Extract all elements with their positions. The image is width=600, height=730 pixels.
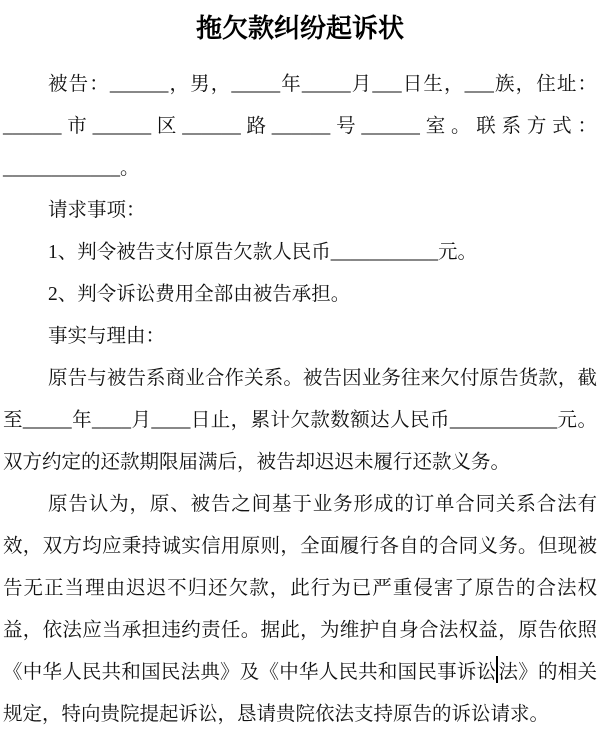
claim-item-1[interactable]: 1、判令被告支付原告欠款人民币___________元。 (3, 232, 597, 274)
argument-paragraph[interactable]: 原告认为，原、被告之间基于业务形成的订单合同关系合法有效，双方均应秉持诚实信用原… (3, 484, 597, 730)
facts-heading[interactable]: 事实与理由： (3, 316, 597, 358)
claims-heading[interactable]: 请求事项： (3, 190, 597, 232)
defendant-info-paragraph[interactable]: 被告：______，男，_____年_____月___日生，___族，住址：__… (3, 64, 597, 190)
argument-text-before-caret[interactable]: 原告认为，原、被告之间基于业务形成的订单合同关系合法有效，双方均应秉持诚实信用原… (3, 494, 597, 683)
document-page[interactable]: 拖欠款纠纷起诉状 被告：______，男，_____年_____月___日生，_… (0, 0, 600, 730)
document-title[interactable]: 拖欠款纠纷起诉状 (3, 12, 597, 44)
facts-paragraph[interactable]: 原告与被告系商业合作关系。被告因业务往来欠付原告货款，截至_____年____月… (3, 358, 597, 484)
claim-item-2[interactable]: 2、判令诉讼费用全部由被告承担。 (3, 274, 597, 316)
